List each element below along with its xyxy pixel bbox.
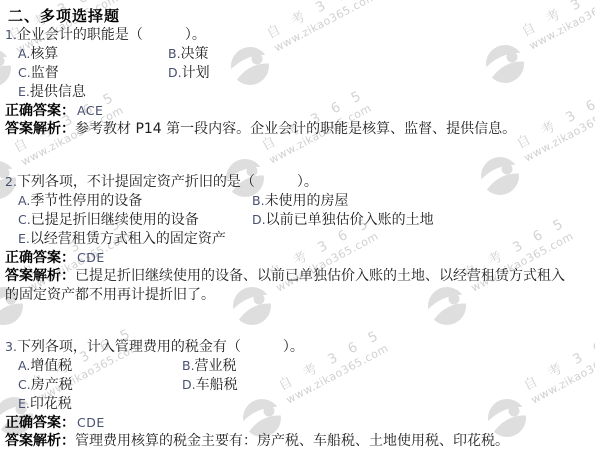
option-text: 监督	[31, 65, 59, 81]
option-text: 季节性停用的设备	[30, 193, 142, 209]
correct-answer-label: 正确答案：	[5, 103, 75, 119]
option-row: C.已提足折旧继续使用的设备D.以前已单独估价入账的土地	[18, 210, 591, 229]
option-letter: A.	[18, 358, 30, 373]
correct-answer-value: ACE	[77, 103, 103, 118]
option-row: E.提供信息	[18, 82, 591, 101]
option-text: 核算	[30, 46, 58, 62]
option-text: 决策	[181, 46, 209, 62]
analysis-text: 管理费用核算的税金主要有：房产税、车船税、土地使用税、印花税。	[75, 433, 509, 449]
analysis-label: 答案解析：	[5, 268, 75, 284]
option-D: D.以前已单独估价入账的土地	[252, 210, 591, 230]
option-text: 已提足折旧继续使用的设备	[31, 212, 199, 228]
section-title: 二、多项选择题	[8, 5, 120, 26]
option-letter: C.	[18, 65, 31, 80]
correct-answer-row: 正确答案：CDE	[5, 413, 591, 432]
question-number: 2.	[5, 174, 17, 189]
option-D: D.车船税	[182, 375, 591, 395]
analysis-text: 已提足折旧继续使用的设备、以前已单独估价入账的土地、以经营租赁方式租入	[75, 268, 565, 284]
correct-answer-label: 正确答案：	[5, 415, 75, 431]
option-letter: E.	[18, 231, 30, 246]
analysis-row: 答案解析：参考教材 P14 第一段内容。企业会计的职能是核算、监督、提供信息。	[5, 120, 591, 139]
option-letter: E.	[18, 84, 30, 99]
options: A.核算B.决策C.监督D.计划E.提供信息	[5, 44, 591, 101]
option-B: B.营业税	[182, 356, 591, 376]
option-letter: D.	[252, 212, 266, 227]
option-row: A.增值税B.营业税	[18, 356, 591, 375]
question-block: 2.下列各项，不计提固定资产折旧的是（ ）。A.季节性停用的设备B.未使用的房屋…	[5, 172, 591, 305]
option-text: 营业税	[195, 358, 237, 374]
option-row: E.印花税	[18, 394, 591, 413]
option-letter: D.	[168, 65, 182, 80]
analysis-row: 答案解析：管理费用核算的税金主要有：房产税、车船税、土地使用税、印花税。	[5, 432, 591, 451]
option-letter: E.	[18, 396, 30, 411]
option-C: C.已提足折旧继续使用的设备	[18, 210, 252, 230]
option-row: E.以经营租赁方式租入的固定资产	[18, 229, 591, 248]
exam-page: 自 考 3 6 5www.zikao365.com自 考 3 6 5www.zi…	[0, 0, 595, 468]
option-C: C.房产税	[18, 375, 182, 395]
option-text: 印花税	[30, 396, 72, 412]
option-letter: D.	[182, 377, 196, 392]
question-stem-text: 下列各项，不计提固定资产折旧的是（ ）。	[17, 174, 318, 190]
option-A: A.季节性停用的设备	[18, 191, 252, 211]
option-text: 提供信息	[30, 84, 86, 100]
options: A.季节性停用的设备B.未使用的房屋C.已提足折旧继续使用的设备D.以前已单独估…	[5, 191, 591, 248]
question-number: 3.	[5, 339, 17, 354]
option-letter: C.	[18, 212, 31, 227]
correct-answer-value: CDE	[77, 415, 105, 430]
option-D: D.计划	[168, 63, 591, 83]
analysis-label: 答案解析：	[5, 121, 75, 137]
question-stem: 3.下列各项，计入管理费用的税金有（ ）。	[5, 337, 591, 356]
option-row: A.核算B.决策	[18, 44, 591, 63]
question-stem: 1.企业会计的职能是（ ）。	[5, 25, 591, 44]
question-stem-text: 下列各项，计入管理费用的税金有（ ）。	[17, 339, 304, 355]
analysis-text: 参考教材 P14 第一段内容。企业会计的职能是核算、监督、提供信息。	[75, 121, 516, 137]
option-A: A.增值税	[18, 356, 182, 376]
option-row: A.季节性停用的设备B.未使用的房屋	[18, 191, 591, 210]
option-text: 以前已单独估价入账的土地	[266, 212, 434, 228]
option-text: 计划	[182, 65, 210, 81]
analysis-label: 答案解析：	[5, 433, 75, 449]
options: A.增值税B.营业税C.房产税D.车船税E.印花税	[5, 356, 591, 413]
question-block: 1.企业会计的职能是（ ）。A.核算B.决策C.监督D.计划E.提供信息正确答案…	[5, 25, 591, 139]
question-stem: 2.下列各项，不计提固定资产折旧的是（ ）。	[5, 172, 591, 191]
option-E: E.以经营租赁方式租入的固定资产	[18, 229, 252, 249]
option-letter: A.	[18, 193, 30, 208]
question-number: 1.	[5, 27, 17, 42]
option-text: 增值税	[30, 358, 72, 374]
option-letter: A.	[18, 46, 30, 61]
option-text: 车船税	[196, 377, 238, 393]
option-A: A.核算	[18, 44, 168, 64]
analysis-row: 的固定资产都不用再计提折旧了。	[5, 286, 591, 305]
option-text: 房产税	[31, 377, 73, 393]
correct-answer-row: 正确答案：CDE	[5, 248, 591, 267]
option-E: E.印花税	[18, 394, 182, 414]
option-letter: B.	[252, 193, 265, 208]
analysis-text: 的固定资产都不用再计提折旧了。	[5, 287, 215, 303]
option-C: C.监督	[18, 63, 168, 83]
option-letter: B.	[168, 46, 181, 61]
question-stem-text: 企业会计的职能是（ ）。	[17, 27, 206, 43]
question-block: 3.下列各项，计入管理费用的税金有（ ）。A.增值税B.营业税C.房产税D.车船…	[5, 337, 591, 451]
correct-answer-label: 正确答案：	[5, 250, 75, 266]
analysis-row: 答案解析：已提足折旧继续使用的设备、以前已单独估价入账的土地、以经营租赁方式租入	[5, 267, 591, 286]
option-letter: C.	[18, 377, 31, 392]
option-text: 未使用的房屋	[265, 193, 349, 209]
option-letter: B.	[182, 358, 195, 373]
option-text: 以经营租赁方式租入的固定资产	[30, 231, 226, 247]
option-row: C.房产税D.车船税	[18, 375, 591, 394]
correct-answer-row: 正确答案：ACE	[5, 101, 591, 120]
option-B: B.决策	[168, 44, 591, 64]
content: 二、多项选择题 1.企业会计的职能是（ ）。A.核算B.决策C.监督D.计划E.…	[0, 0, 595, 468]
correct-answer-value: CDE	[77, 250, 105, 265]
option-E: E.提供信息	[18, 82, 168, 102]
option-row: C.监督D.计划	[18, 63, 591, 82]
option-B: B.未使用的房屋	[252, 191, 591, 211]
